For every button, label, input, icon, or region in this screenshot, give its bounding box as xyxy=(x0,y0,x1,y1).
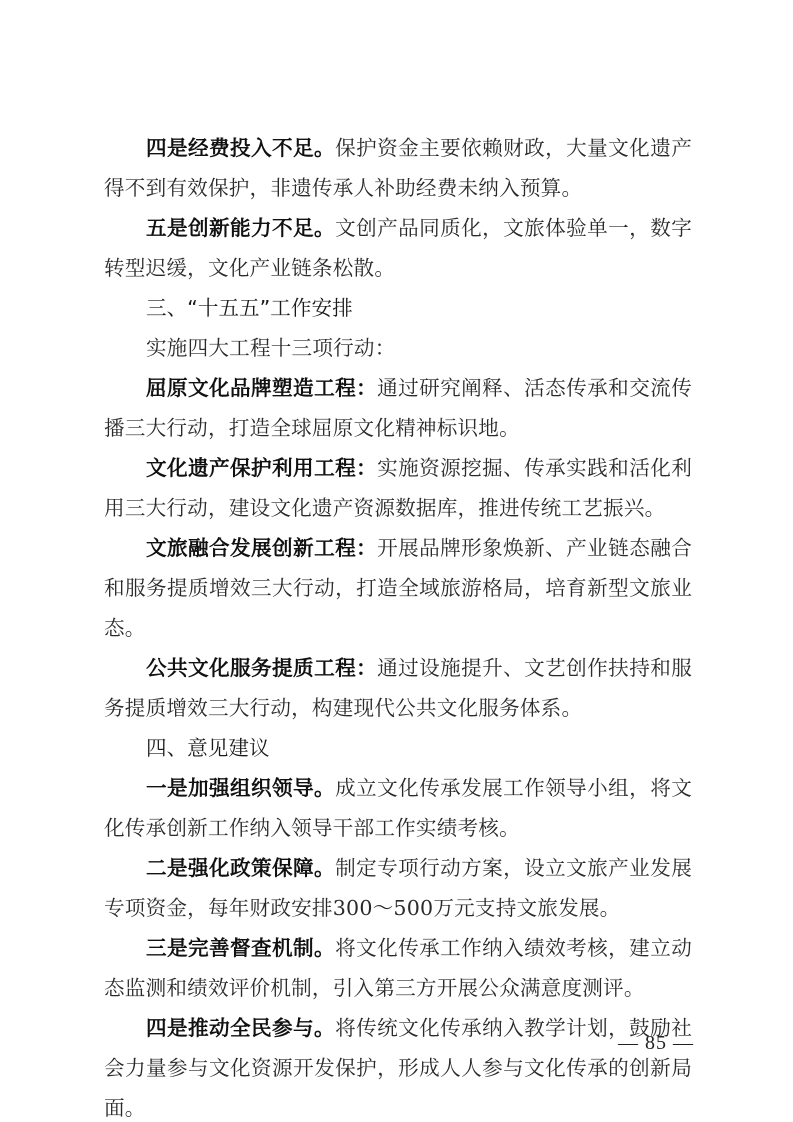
suggestion-title: 四是推动全民参与。 xyxy=(146,1016,335,1040)
project-item: 屈原文化品牌塑造工程：通过研究阐释、活态传承和交流传播三大行动，打造全球屈原文化… xyxy=(104,368,692,448)
project-title: 文旅融合发展创新工程： xyxy=(146,536,377,560)
suggestion-item: 二是强化政策保障。制定专项行动方案，设立文旅产业发展专项资金，每年财政安排300… xyxy=(104,848,692,928)
section-intro: 实施四大工程十三项行动： xyxy=(104,328,692,368)
suggestion-item: 四是推动全民参与。将传统文化传承纳入教学计划，鼓励社会力量参与文化资源开发保护，… xyxy=(104,1008,692,1122)
suggestion-title: 三是完善督查机制。 xyxy=(146,936,335,960)
section-heading-suggestions: 四、意见建议 xyxy=(104,728,692,768)
project-item: 公共文化服务提质工程：通过设施提升、文艺创作扶持和服务提质增效三大行动，构建现代… xyxy=(104,648,692,728)
project-item: 文旅融合发展创新工程：开展品牌形象焕新、产业链态融合和服务提质增效三大行动，打造… xyxy=(104,528,692,648)
project-title: 文化遗产保护利用工程： xyxy=(146,456,377,480)
page-number: — 85 — xyxy=(618,1032,694,1055)
suggestion-title: 二是强化政策保障。 xyxy=(146,856,335,880)
section-heading-work-plan: 三、“十五五”工作安排 xyxy=(104,288,692,328)
paragraph-innovation-shortage: 五是创新能力不足。文创产品同质化，文旅体验单一，数字转型迟缓，文化产业链条松散。 xyxy=(104,208,692,288)
suggestion-item: 三是完善督查机制。将文化传承工作纳入绩效考核，建立动态监测和绩效评价机制，引入第… xyxy=(104,928,692,1008)
project-item: 文化遗产保护利用工程：实施资源挖掘、传承实践和活化利用三大行动，建设文化遗产资源… xyxy=(104,448,692,528)
suggestion-item: 一是加强组织领导。成立文化传承发展工作领导小组，将文化传承创新工作纳入领导干部工… xyxy=(104,768,692,848)
project-title: 屈原文化品牌塑造工程： xyxy=(146,376,377,400)
paragraph-lead: 四是经费投入不足。 xyxy=(146,136,335,160)
project-title: 公共文化服务提质工程： xyxy=(146,656,377,680)
paragraph-funding-shortage: 四是经费投入不足。保护资金主要依赖财政，大量文化遗产得不到有效保护，非遗传承人补… xyxy=(104,128,692,208)
document-page: 四是经费投入不足。保护资金主要依赖财政，大量文化遗产得不到有效保护，非遗传承人补… xyxy=(104,128,692,1122)
suggestion-title: 一是加强组织领导。 xyxy=(146,776,335,800)
paragraph-lead: 五是创新能力不足。 xyxy=(146,216,335,240)
